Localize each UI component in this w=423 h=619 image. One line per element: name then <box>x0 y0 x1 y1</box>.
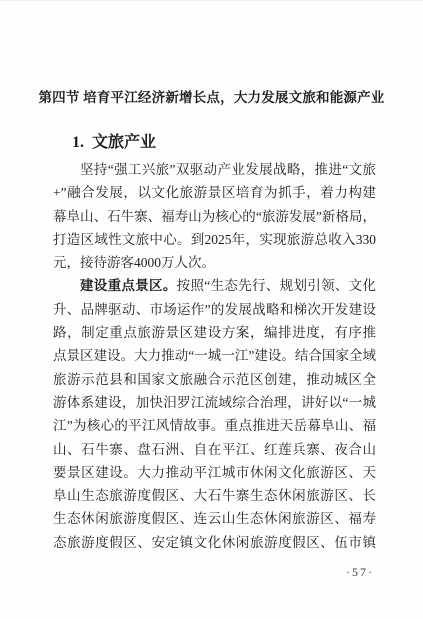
document-body: 坚持“强工兴旅”双驱动产业发展战略，推进“文旅+”融合发展，以文化旅游景区培育为… <box>53 158 376 554</box>
text-line: 点景区建设。大力推动“一城一江”建设。结合国家全域 <box>53 344 376 367</box>
text-line: 建设重点景区。按照“生态先行、规划引领、文化提 <box>53 274 376 297</box>
text-line: 坚持“强工兴旅”双驱动产业发展战略，推进“文旅 <box>53 158 376 181</box>
paragraph-key-scenic-areas: 建设重点景区。按照“生态先行、规划引领、文化提升、品牌驱动、市场运作”的发展战略… <box>53 274 376 554</box>
text-line: 打造区域性文旅中心。到2025年，实现旅游总收入330亿 <box>53 228 376 251</box>
text-line: 旅游示范县和国家文旅融合示范区创建，推动城区全域旅 <box>53 368 376 391</box>
text-line: 游体系建设，加快汨罗江流域综合治理，讲好以“一城一 <box>53 391 376 414</box>
text-line: 态旅游度假区、安定镇文化休闲旅游度假区、伍市镇乡村 <box>53 531 376 554</box>
text-line: 元，接待游客4000万人次。 <box>53 251 376 274</box>
text-line: 山、石牛寨、盘石洲、自在平江、红莲兵寨、夜合山等重 <box>53 438 376 461</box>
text-line: 生态休闲旅游度假区、连云山生态休闲旅游区、福寿山生 <box>53 507 376 530</box>
document-page: 第四节 培育平江经济新增长点，大力发展文旅和能源产业 1. 文旅产业 坚持“强工… <box>0 0 423 619</box>
text-line: 幕阜山、石牛寨、福寿山为核心的“旅游发展”新格局， <box>53 205 376 228</box>
text-line: 江”为核心的平江风情故事。重点推进天岳幕阜山、福寿 <box>53 414 376 437</box>
page-number: ·57· <box>346 565 374 580</box>
text-line: 阜山生态旅游度假区、大石牛寨生态休闲旅游区、长寿镇 <box>53 484 376 507</box>
section-title: 第四节 培育平江经济新增长点，大力发展文旅和能源产业 <box>0 1 423 108</box>
text-line: 升、品牌驱动、市场运作”的发展战略和梯次开发建设思 <box>53 298 376 321</box>
text-line: 路，制定重点旅游景区建设方案，编排进度，有序推进重 <box>53 321 376 344</box>
text-line: 要景区建设。大力推动平江城市休闲文化旅游区、天岳幕 <box>53 461 376 484</box>
paragraph-tourism-overview: 坚持“强工兴旅”双驱动产业发展战略，推进“文旅+”融合发展，以文化旅游景区培育为… <box>53 158 376 274</box>
text-line: +”融合发展，以文化旅游景区培育为抓手，着力构建以 <box>53 181 376 204</box>
subsection-heading: 1. 文旅产业 <box>72 133 423 153</box>
bold-lead: 建设重点景区。 <box>80 278 177 293</box>
